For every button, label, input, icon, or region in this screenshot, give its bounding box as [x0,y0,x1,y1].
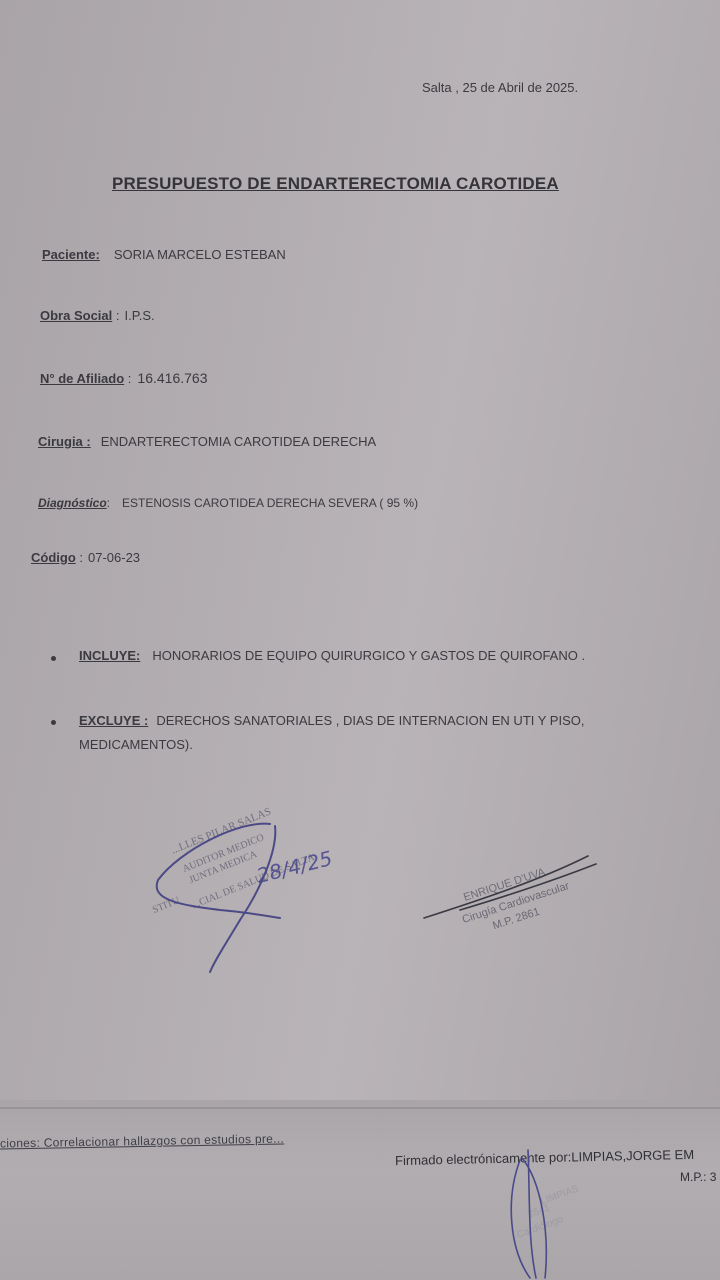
field-label: Obra Social [40,308,112,323]
field-paciente: Paciente:SORIA MARCELO ESTEBAN [42,247,286,262]
field-label: Diagnóstico [38,496,107,510]
field-value: 07-06-23 [88,550,140,565]
field-afiliado: N° de Afiliado :16.416.763 [40,370,207,386]
field-label: N° de Afiliado [40,371,124,386]
field-codigo: Código :07-06-23 [31,550,140,565]
signature-right-icon [420,850,600,930]
field-separator: : [112,308,119,323]
bullet-label: INCLUYE: [79,648,140,663]
document-title: PRESUPUESTO DE ENDARTERECTOMIA CAROTIDEA [112,174,559,194]
signature-left-icon [150,820,310,980]
bullet-icon [51,720,56,725]
field-separator: : [107,496,110,510]
footer-mp: M.P.: 3 [680,1170,716,1184]
bullet-text: DERECHOS SANATORIALES , DIAS DE INTERNAC… [156,713,584,728]
field-label: Cirugia : [38,434,91,449]
bullet-excluye-continued: MEDICAMENTOS). [79,737,193,752]
field-label: Paciente: [42,247,100,262]
field-separator: : [76,550,83,565]
field-label: Código [31,550,76,565]
bullet-icon [51,656,56,661]
field-diagnostico: Diagnóstico:ESTENOSIS CAROTIDEA DERECHA … [38,496,418,510]
field-value: ENDARTERECTOMIA CAROTIDEA DERECHA [101,434,376,449]
date-line: Salta , 25 de Abril de 2025. [422,80,578,95]
field-obra-social: Obra Social :I.P.S. [40,308,155,323]
page-edge [0,1107,720,1109]
field-value: 16.416.763 [137,370,207,386]
field-value: I.P.S. [124,308,154,323]
signature-bottom-icon [500,1140,580,1280]
field-value: SORIA MARCELO ESTEBAN [114,247,286,262]
field-value: ESTENOSIS CAROTIDEA DERECHA SEVERA ( 95 … [122,496,418,510]
bullet-label: EXCLUYE : [79,713,148,728]
field-separator: : [124,371,131,386]
bullet-incluye: INCLUYE:HONORARIOS DE EQUIPO QUIRURGICO … [79,648,585,663]
underlying-page [0,1100,720,1280]
bullet-excluye: EXCLUYE :DERECHOS SANATORIALES , DIAS DE… [79,713,584,728]
bullet-text: HONORARIOS DE EQUIPO QUIRURGICO Y GASTOS… [152,648,585,663]
field-cirugia: Cirugia :ENDARTERECTOMIA CAROTIDEA DEREC… [38,434,376,449]
